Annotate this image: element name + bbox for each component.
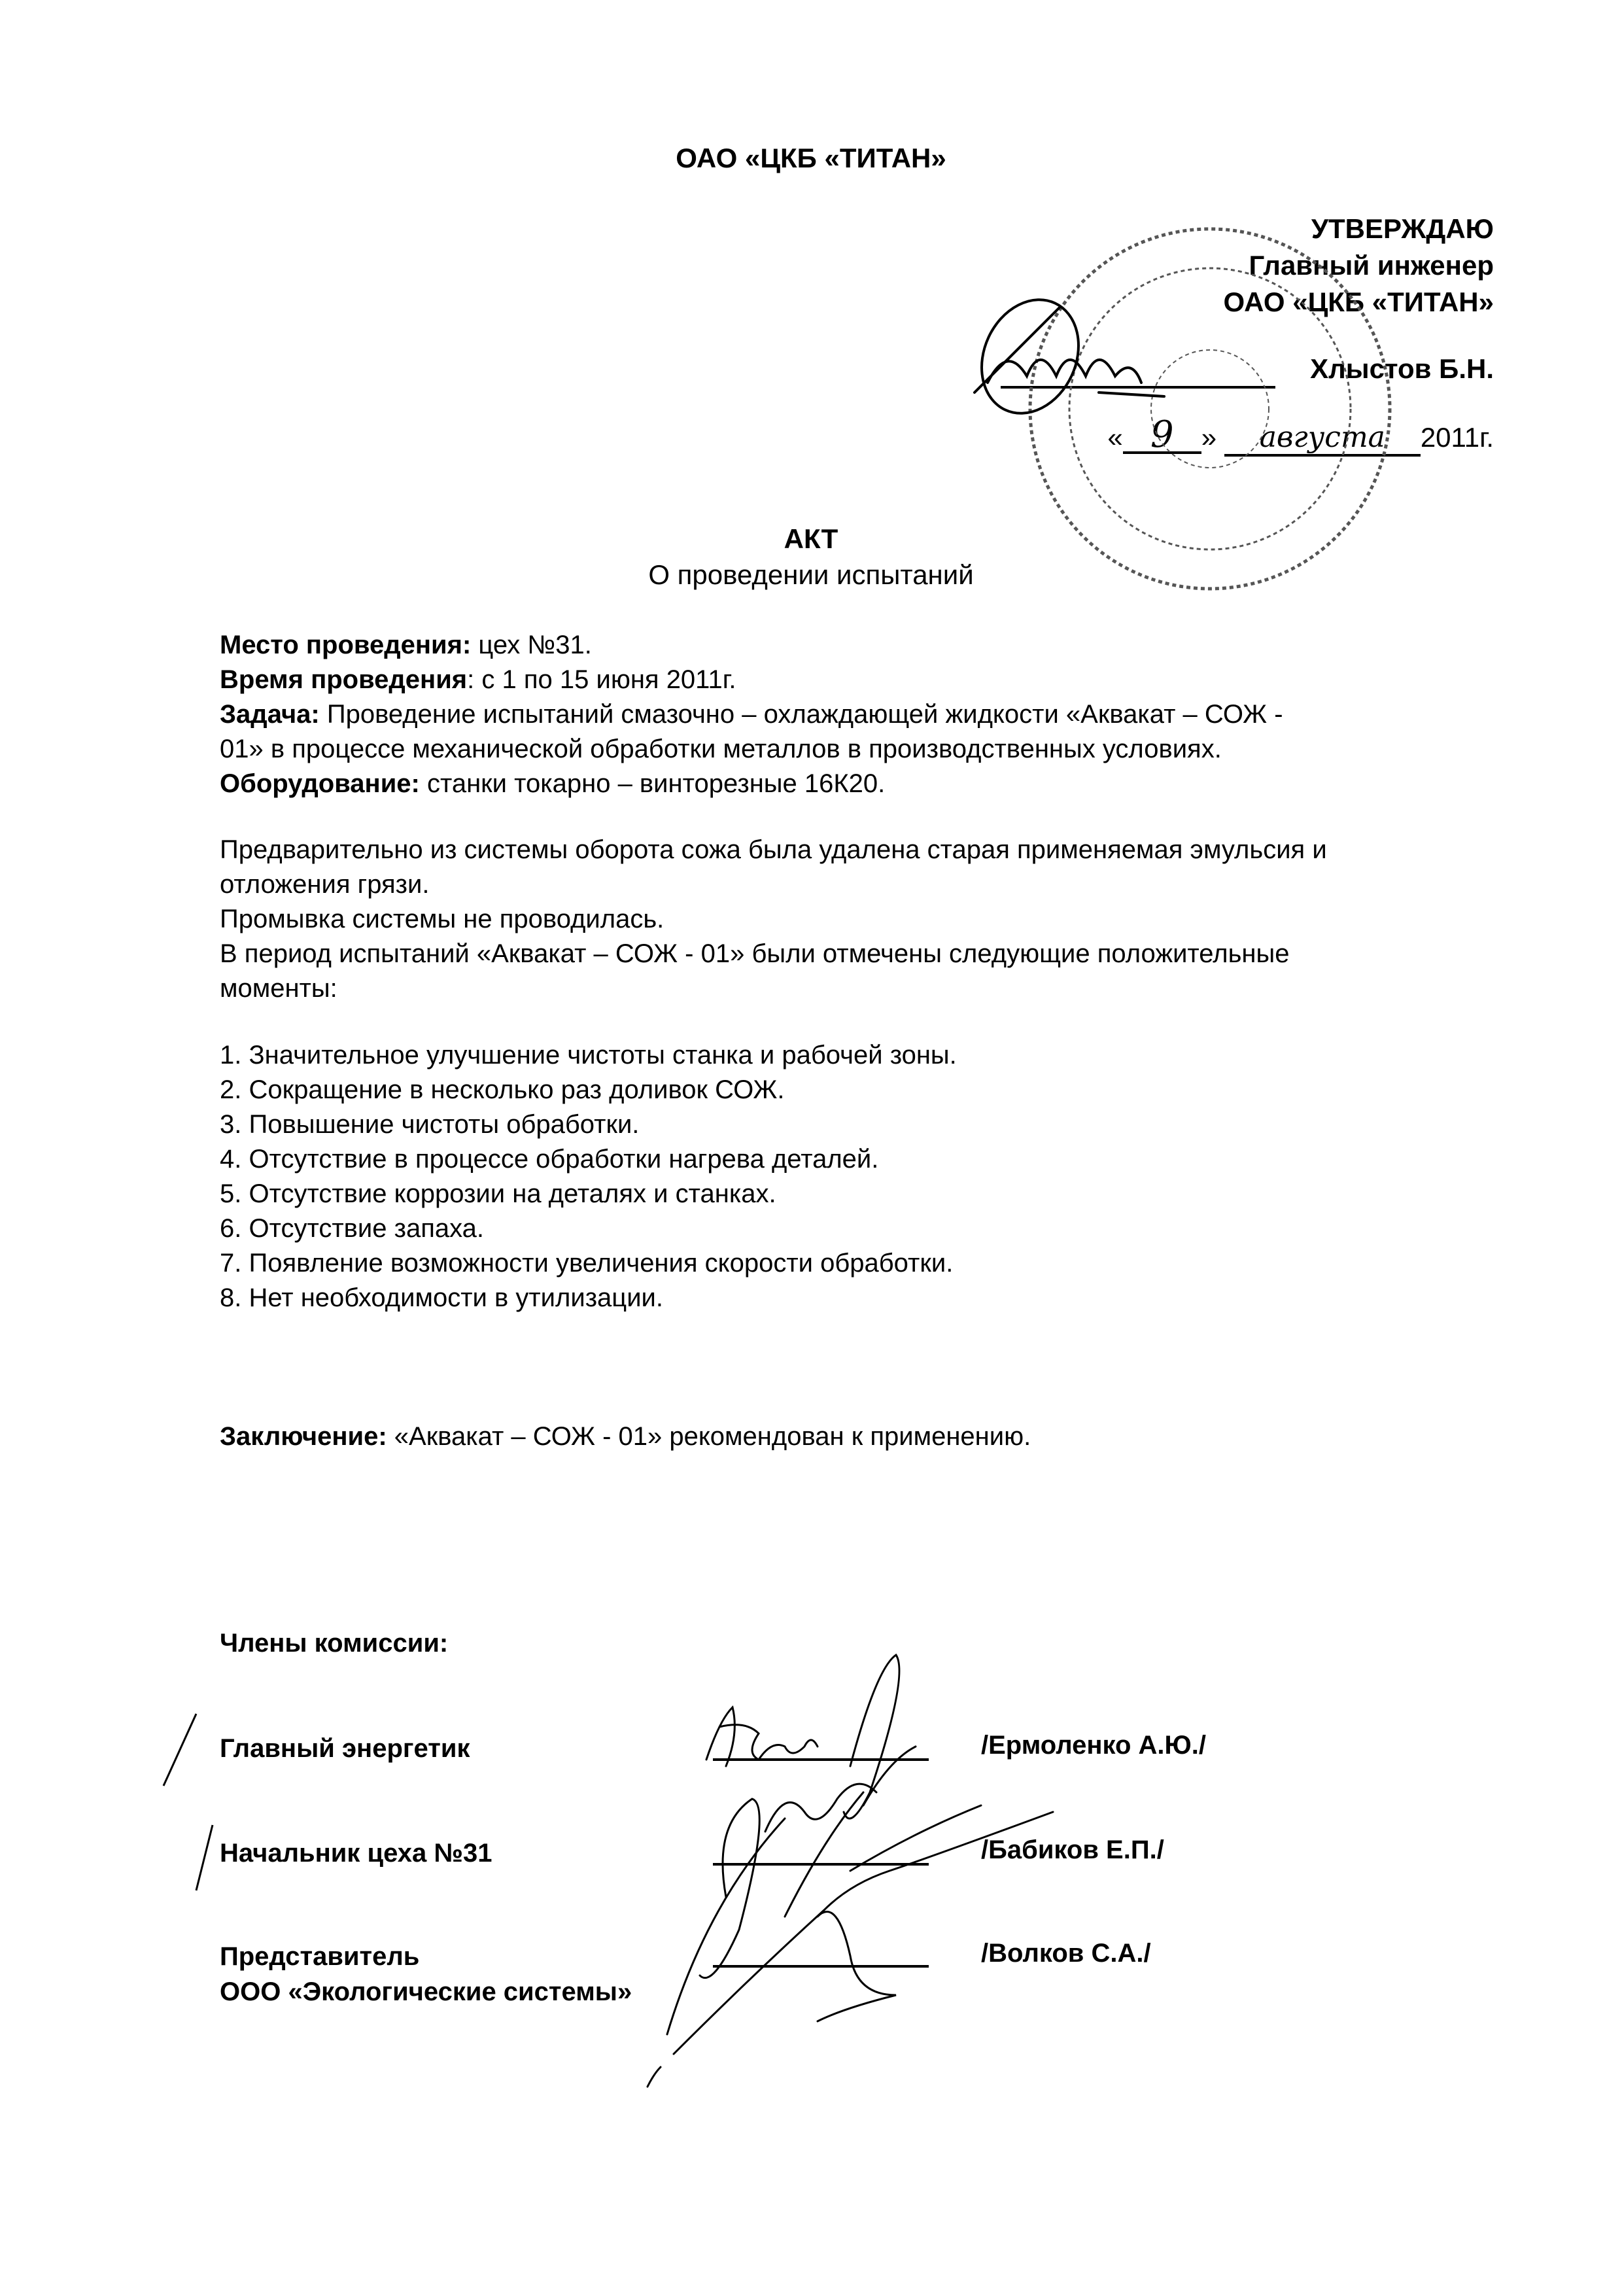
organization-header: ОАО «ЦКБ «ТИТАН» [0, 143, 1622, 174]
paragraph-flushing: Промывка системы не проводилась. [220, 902, 1502, 937]
member-name-shop-head: /Бабиков Е.П./ [981, 1835, 1164, 1865]
margin-tick-marks-icon [164, 1714, 213, 1890]
date-month: августа [1224, 421, 1421, 457]
paragraph-preparation-line1: Предварительно из системы оборота сожа б… [220, 833, 1502, 867]
signature-line-shop-head [713, 1863, 929, 1866]
approve-label: УТВЕРЖДАЮ [1224, 211, 1494, 247]
member-role-representative-line1: Представитель [220, 1939, 632, 1974]
equipment-label: Оборудование: [220, 769, 420, 798]
signature-line-representative [713, 1965, 929, 1968]
approver-organization: ОАО «ЦКБ «ТИТАН» [1224, 284, 1494, 321]
time-row: Время проведения: с 1 по 15 июня 2011г. [220, 663, 1502, 697]
place-label: Место проведения: [220, 631, 471, 659]
approval-date: «9» августа2011г. [1107, 419, 1494, 457]
paragraph-period-line2: моменты: [220, 971, 1502, 1006]
approver-name: Хлыстов Б.Н. [1310, 353, 1494, 385]
task-row: Задача: Проведение испытаний смазочно – … [220, 697, 1502, 732]
time-label: Время проведения [220, 665, 467, 694]
paragraph-period-line1: В период испытаний «Аквакат – СОЖ - 01» … [220, 937, 1502, 971]
list-item: 2. Сокращение в несколько раз доливок СО… [220, 1073, 957, 1107]
act-title: АКТ [0, 523, 1622, 555]
commission-title: Члены комиссии: [220, 1629, 448, 1658]
time-value: : с 1 по 15 июня 2011г. [467, 665, 736, 694]
date-open-quote: « [1107, 422, 1122, 453]
equipment-value: станки токарно – винторезные 16К20. [420, 769, 885, 798]
date-close-quote: » [1201, 422, 1216, 453]
paragraph-preparation-line2: отложения грязи. [220, 867, 1502, 902]
approver-signature-line [1001, 386, 1275, 389]
member-name-energetic: /Ермоленко А.Ю./ [981, 1731, 1206, 1760]
conclusion-label: Заключение: [220, 1422, 387, 1451]
shop-head-signature-icon [700, 1747, 981, 1978]
approver-position: Главный инженер [1224, 247, 1494, 284]
member-name-representative: /Волков С.А./ [981, 1939, 1151, 1968]
task-value-line2: 01» в процессе механической обработки ме… [220, 732, 1502, 767]
member-role-representative: Представитель ООО «Экологические системы… [220, 1939, 632, 2009]
place-value: цех №31. [471, 631, 592, 659]
list-item: 8. Нет необходимости в утилизации. [220, 1281, 957, 1315]
list-item: 5. Отсутствие коррозии на деталях и стан… [220, 1177, 957, 1211]
task-label: Задача: [220, 700, 320, 729]
member-role-shop-head: Начальник цеха №31 [220, 1835, 492, 1871]
details-block: Место проведения: цех №31. Время проведе… [220, 628, 1502, 801]
list-item: 6. Отсутствие запаха. [220, 1211, 957, 1246]
member-role-energetic: Главный энергетик [220, 1731, 470, 1766]
task-value-line1: Проведение испытаний смазочно – охлаждаю… [320, 700, 1283, 729]
positives-list: 1. Значительное улучшение чистоты станка… [220, 1038, 957, 1315]
chief-engineer-signature-icon [964, 284, 1164, 429]
equipment-row: Оборудование: станки токарно – винторезн… [220, 767, 1502, 801]
conclusion: Заключение: «Аквакат – СОЖ - 01» рекомен… [220, 1422, 1031, 1452]
list-item: 1. Значительное улучшение чистоты станка… [220, 1038, 957, 1073]
energetic-signature-icon [706, 1655, 899, 1818]
act-subtitle: О проведении испытаний [0, 559, 1622, 591]
list-item: 3. Повышение чистоты обработки. [220, 1107, 957, 1142]
paragraph-preparation: Предварительно из системы оборота сожа б… [220, 833, 1502, 1006]
date-day: 9 [1123, 419, 1201, 454]
approval-block: УТВЕРЖДАЮ Главный инженер ОАО «ЦКБ «ТИТА… [1224, 211, 1494, 321]
place-row: Место проведения: цех №31. [220, 628, 1502, 663]
signature-line-energetic [713, 1758, 929, 1761]
member-role-representative-line2: ООО «Экологические системы» [220, 1974, 632, 2009]
list-item: 7. Появление возможности увеличения скор… [220, 1246, 957, 1281]
date-year: 2011г. [1421, 422, 1494, 453]
conclusion-value: «Аквакат – СОЖ - 01» рекомендован к прим… [387, 1422, 1031, 1451]
list-item: 4. Отсутствие в процессе обработки нагре… [220, 1142, 957, 1177]
